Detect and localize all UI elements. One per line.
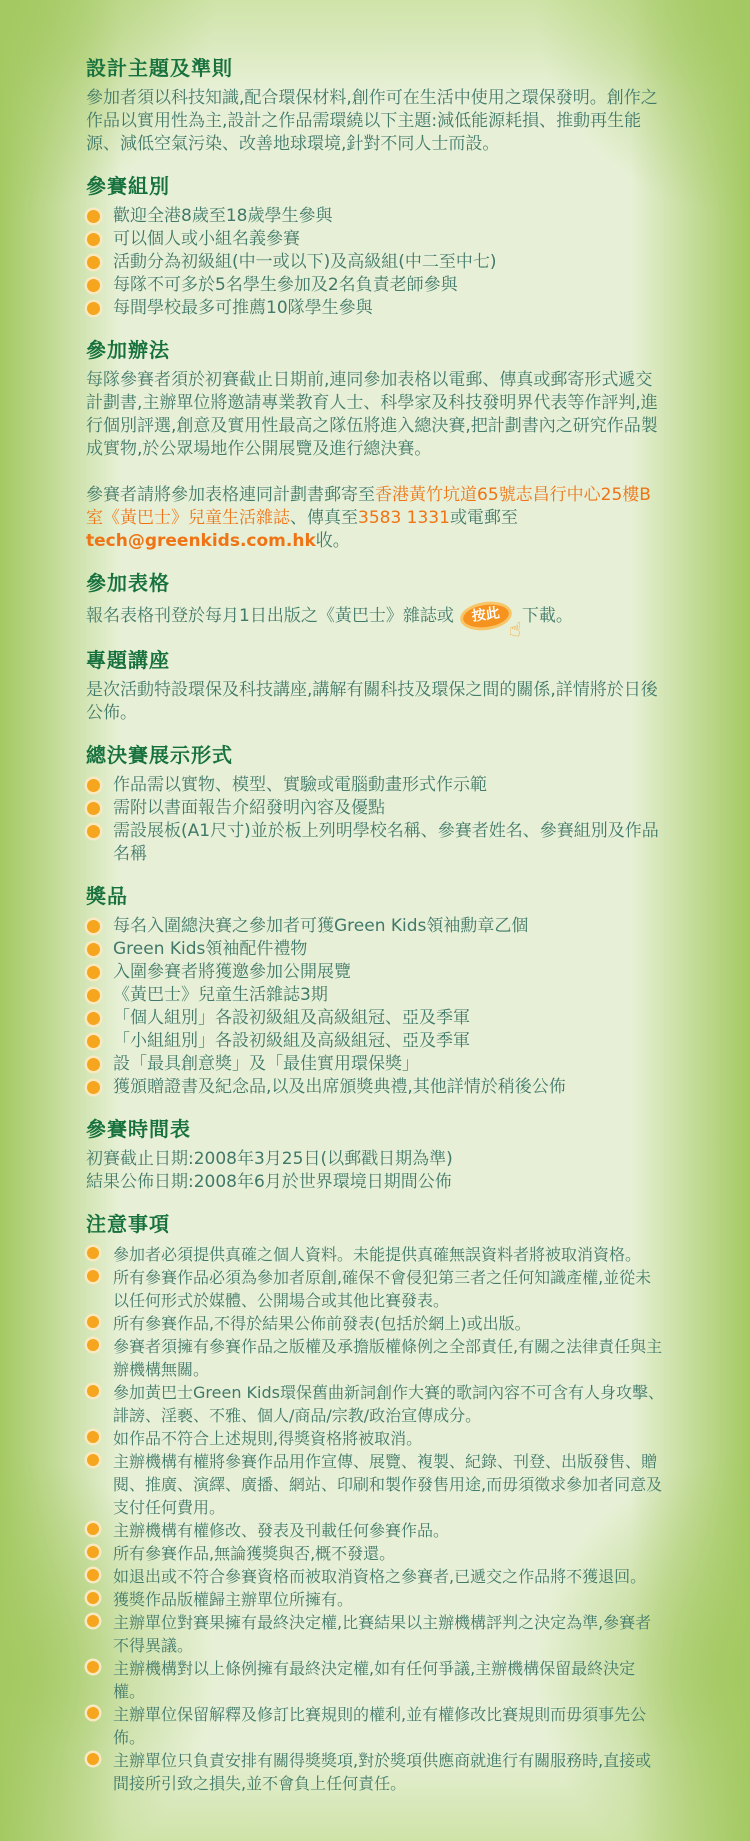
bullet-dot-icon	[87, 233, 100, 246]
bullet-text: 如作品不符合上述規則,得獎資格將被取消。	[113, 1429, 422, 1448]
bullet-text: 主辦單位只負責安排有關得獎獎項,對於獎項供應商就進行有關服務時,直接或間接所引致…	[113, 1751, 651, 1793]
list-item: 主辦機構對以上條例擁有最終決定權,如有任何爭議,主辦機構保留最終決定權。	[86, 1657, 664, 1703]
bullet-text: 參賽者須擁有參賽作品之版權及承擔版權條例之全部責任,有關之法律責任與主辦機構無關…	[113, 1337, 662, 1379]
seminar-body: 是次活動特設環保及科技講座,講解有關科技及環保之間的關係,詳情將於日後公佈。	[86, 679, 664, 725]
bullet-dot-icon	[87, 1081, 100, 1094]
bullet-dot-icon	[87, 1270, 99, 1282]
bullet-dot-icon	[87, 1316, 99, 1328]
bullet-dot-icon	[87, 256, 100, 269]
section-seminar: 專題講座 是次活動特設環保及科技講座,講解有關科技及環保之間的關係,詳情將於日後…	[86, 648, 664, 725]
bullet-text: 可以個人或小組名義參賽	[113, 229, 300, 249]
list-item: 如作品不符合上述規則,得獎資格將被取消。	[86, 1427, 664, 1450]
list-item: 活動分為初級組(中一或以下)及高級組(中二至中七)	[86, 251, 664, 274]
section-prizes: 獎品 每名入圍總決賽之參加者可獲Green Kids領袖勳章乙個 Green K…	[86, 884, 664, 1099]
bullet-text: 參加者必須提供真確之個人資料。未能提供真確無誤資料者將被取消資格。	[113, 1245, 641, 1264]
click-here-label: 按此	[471, 605, 501, 625]
bullet-dot-icon	[87, 1035, 100, 1048]
timetable-heading: 參賽時間表	[86, 1117, 664, 1141]
email-link[interactable]: tech@greenkids.com.hk	[86, 531, 316, 551]
how-to-join-body: 每隊參賽者須於初賽截止日期前,連同參加表格以電郵、傳真或郵寄形式遞交計劃書,主辦…	[86, 369, 664, 461]
section-design-theme: 設計主題及準則 參加者須以科技知識,配合環保材料,創作可在生活中使用之環保發明。…	[86, 56, 664, 156]
seminar-heading: 專題講座	[86, 648, 664, 672]
section-notes: 注意事項 參加者必須提供真確之個人資料。未能提供真確無誤資料者將被取消資格。 所…	[86, 1212, 664, 1795]
bullet-text: 主辦機構有權將參賽作品用作宣傳、展覽、複製、紀錄、刊登、出版發售、贈閱、推廣、演…	[113, 1452, 662, 1517]
list-item: 設「最具創意獎」及「最佳實用環保獎」	[86, 1053, 664, 1076]
address-outro: 收。	[316, 531, 350, 551]
prizes-heading: 獎品	[86, 884, 664, 908]
notes-heading: 注意事項	[86, 1212, 664, 1236]
bullet-text: 獲獎作品版權歸主辦單位所擁有。	[113, 1590, 353, 1609]
paragraph-gap	[86, 461, 664, 484]
list-item: 需設展板(A1尺寸)並於板上列明學校名稱、參賽者姓名、參賽組別及作品名稱	[86, 820, 664, 866]
bullet-text: 歡迎全港8歲至18歲學生參與	[113, 206, 332, 226]
list-item: 所有參賽作品必須為參加者原創,確保不會侵犯第三者之任何知識產權,並從未以任何形式…	[86, 1266, 664, 1312]
bullet-text: 主辦單位保留解釋及修訂比賽規則的權利,並有權修改比賽規則而毋須事先公佈。	[113, 1705, 646, 1747]
categories-list: 歡迎全港8歲至18歲學生參與 可以個人或小組名義參賽 活動分為初級組(中一或以下…	[86, 205, 664, 320]
list-item: 《黃巴士》兒童生活雜誌3期	[86, 984, 664, 1007]
bullet-text: 「小組組別」各設初級組及高級組冠、亞及季軍	[113, 1031, 470, 1051]
section-final-format: 總決賽展示形式 作品需以實物、模型、實驗或電腦動畫形式作示範 需附以書面報告介紹…	[86, 743, 664, 866]
categories-heading: 參賽組別	[86, 174, 664, 198]
bullet-text: 入圍參賽者將獲邀參加公開展覽	[113, 962, 351, 982]
list-item: 參加者必須提供真確之個人資料。未能提供真確無誤資料者將被取消資格。	[86, 1243, 664, 1266]
bullet-dot-icon	[87, 943, 100, 956]
list-item: 作品需以實物、模型、實驗或電腦動畫形式作示範	[86, 774, 664, 797]
bullet-dot-icon	[87, 1385, 99, 1397]
list-item: 參賽者須擁有參賽作品之版權及承擔版權條例之全部責任,有關之法律責任與主辦機構無關…	[86, 1335, 664, 1381]
bullet-text: 「個人組別」各設初級組及高級組冠、亞及季軍	[113, 1008, 470, 1028]
list-item: 主辦單位只負責安排有關得獎獎項,對於獎項供應商就進行有關服務時,直接或間接所引致…	[86, 1749, 664, 1795]
list-item: 每名入圍總決賽之參加者可獲Green Kids領袖勳章乙個	[86, 915, 664, 938]
bullet-dot-icon	[87, 779, 100, 792]
bullet-dot-icon	[87, 989, 100, 1002]
download-click-here-button[interactable]: 按此 ☝	[458, 599, 513, 634]
bullet-text: 獲頒贈證書及紀念品,以及出席頒獎典禮,其他詳情於稍後公佈	[113, 1077, 566, 1097]
list-item: 主辦單位對賽果擁有最終決定權,比賽結果以主辦機構評判之決定為準,參賽者不得異議。	[86, 1611, 664, 1657]
pointer-hand-icon: ☝	[508, 619, 522, 640]
submission-address-paragraph: 參賽者請將參加表格連同計劃書郵寄至香港黃竹坑道65號志昌行中心25樓B室《黃巴士…	[86, 484, 664, 553]
bullet-text: 作品需以實物、模型、實驗或電腦動畫形式作示範	[113, 775, 487, 795]
bullet-dot-icon	[87, 1592, 99, 1604]
bullet-text: 需設展板(A1尺寸)並於板上列明學校名稱、參賽者姓名、參賽組別及作品名稱	[113, 821, 659, 864]
bullet-dot-icon	[87, 1523, 99, 1535]
bullet-text: 每隊不可多於5名學生參加及2名負責老師參與	[113, 275, 458, 295]
bullet-dot-icon	[87, 279, 100, 292]
list-item: 歡迎全港8歲至18歲學生參與	[86, 205, 664, 228]
bullet-dot-icon	[87, 210, 100, 223]
bullet-text: 《黃巴士》兒童生活雜誌3期	[113, 985, 328, 1005]
bullet-dot-icon	[87, 1247, 99, 1259]
bullet-dot-icon	[87, 1546, 99, 1558]
section-timetable: 參賽時間表 初賽截止日期:2008年3月25日(以郵戳日期為準) 結果公佈日期:…	[86, 1117, 664, 1194]
bullet-text: 所有參賽作品,無論獲獎與否,概不發還。	[113, 1544, 395, 1563]
bullet-dot-icon	[87, 1431, 99, 1443]
bullet-text: 每名入圍總決賽之參加者可獲Green Kids領袖勳章乙個	[113, 916, 528, 936]
bullet-text: 主辦機構對以上條例擁有最終決定權,如有任何爭議,主辦機構保留最終決定權。	[113, 1659, 635, 1701]
bullet-text: 設「最具創意獎」及「最佳實用環保獎」	[113, 1054, 419, 1074]
bullet-text: 主辦機構有權修改、發表及刊載任何參賽作品。	[113, 1521, 449, 1540]
bullet-text: 主辦單位對賽果擁有最終決定權,比賽結果以主辦機構評判之決定為準,參賽者不得異議。	[113, 1613, 651, 1655]
list-item: 獲頒贈證書及紀念品,以及出席頒獎典禮,其他詳情於稍後公佈	[86, 1076, 664, 1099]
bullet-text: 每間學校最多可推薦10隊學生參與	[113, 298, 373, 318]
bullet-text: 需附以書面報告介紹發明內容及優點	[113, 798, 385, 818]
list-item: 主辦機構有權將參賽作品用作宣傳、展覽、複製、紀錄、刊登、出版發售、贈閱、推廣、演…	[86, 1450, 664, 1519]
section-categories: 參賽組別 歡迎全港8歲至18歲學生參與 可以個人或小組名義參賽 活動分為初級組(…	[86, 174, 664, 320]
bullet-dot-icon	[87, 1661, 99, 1673]
fax-number: 3583 1331	[358, 508, 450, 528]
bullet-text: 所有參賽作品必須為參加者原創,確保不會侵犯第三者之任何知識產權,並從未以任何形式…	[113, 1268, 651, 1310]
fax-intro: 、傳真至	[290, 508, 358, 528]
timetable-deadline: 初賽截止日期:2008年3月25日(以郵戳日期為準)	[86, 1148, 664, 1171]
final-format-list: 作品需以實物、模型、實驗或電腦動畫形式作示範 需附以書面報告介紹發明內容及優點 …	[86, 774, 664, 866]
how-to-join-heading: 參加辦法	[86, 338, 664, 362]
bullet-dot-icon	[87, 1615, 99, 1627]
design-theme-heading: 設計主題及準則	[86, 56, 664, 80]
list-item: 參加黃巴士Green Kids環保舊曲新詞創作大賽的歌詞內容不可含有人身攻擊、誹…	[86, 1381, 664, 1427]
list-item: 每隊不可多於5名學生參加及2名負責老師參與	[86, 274, 664, 297]
bullet-dot-icon	[87, 920, 100, 933]
list-item: 如退出或不符合參賽資格而被取消資格之參賽者,已遞交之作品將不獲退回。	[86, 1565, 664, 1588]
entry-form-heading: 參加表格	[86, 571, 664, 595]
bullet-text: 如退出或不符合參賽資格而被取消資格之參賽者,已遞交之作品將不獲退回。	[113, 1567, 646, 1586]
bullet-dot-icon	[87, 302, 100, 315]
section-entry-form: 參加表格 報名表格刊登於每月1日出版之《黃巴士》雜誌或 按此 ☝ 下載。	[86, 571, 664, 630]
email-intro: 或電郵至	[450, 508, 518, 528]
list-item: 可以個人或小組名義參賽	[86, 228, 664, 251]
list-item: 主辦單位保留解釋及修訂比賽規則的權利,並有權修改比賽規則而毋須事先公佈。	[86, 1703, 664, 1749]
notes-list: 參加者必須提供真確之個人資料。未能提供真確無誤資料者將被取消資格。 所有參賽作品…	[86, 1243, 664, 1795]
bullet-text: 活動分為初級組(中一或以下)及高級組(中二至中七)	[113, 252, 497, 272]
list-item: 每間學校最多可推薦10隊學生參與	[86, 297, 664, 320]
bullet-text: Green Kids領袖配件禮物	[113, 939, 307, 959]
design-theme-body: 參加者須以科技知識,配合環保材料,創作可在生活中使用之環保發明。創作之作品以實用…	[86, 87, 664, 156]
bullet-dot-icon	[87, 1454, 99, 1466]
list-item: 主辦機構有權修改、發表及刊載任何參賽作品。	[86, 1519, 664, 1542]
list-item: 「個人組別」各設初級組及高級組冠、亞及季軍	[86, 1007, 664, 1030]
list-item: 所有參賽作品,無論獲獎與否,概不發還。	[86, 1542, 664, 1565]
list-item: 入圍參賽者將獲邀參加公開展覽	[86, 961, 664, 984]
bullet-text: 參加黃巴士Green Kids環保舊曲新詞創作大賽的歌詞內容不可含有人身攻擊、誹…	[113, 1383, 664, 1425]
list-item: Green Kids領袖配件禮物	[86, 938, 664, 961]
entry-form-text-before: 報名表格刊登於每月1日出版之《黃巴士》雜誌或	[86, 605, 454, 628]
prizes-list: 每名入圍總決賽之參加者可獲Green Kids領袖勳章乙個 Green Kids…	[86, 915, 664, 1099]
bullet-dot-icon	[87, 1058, 100, 1071]
bullet-dot-icon	[87, 1339, 99, 1351]
section-how-to-join: 參加辦法 每隊參賽者須於初賽截止日期前,連同參加表格以電郵、傳真或郵寄形式遞交計…	[86, 338, 664, 553]
content-column: 設計主題及準則 參加者須以科技知識,配合環保材料,創作可在生活中使用之環保發明。…	[86, 0, 664, 1841]
entry-form-text-after: 下載。	[522, 605, 573, 628]
bullet-dot-icon	[87, 802, 100, 815]
entry-form-line: 報名表格刊登於每月1日出版之《黃巴士》雜誌或 按此 ☝ 下載。	[86, 602, 664, 630]
bullet-dot-icon	[87, 1753, 99, 1765]
list-item: 所有參賽作品,不得於結果公佈前發表(包括於網上)或出版。	[86, 1312, 664, 1335]
bullet-dot-icon	[87, 1569, 99, 1581]
bullet-dot-icon	[87, 1012, 100, 1025]
bullet-dot-icon	[87, 1707, 99, 1719]
list-item: 獲獎作品版權歸主辦單位所擁有。	[86, 1588, 664, 1611]
list-item: 需附以書面報告介紹發明內容及優點	[86, 797, 664, 820]
list-item: 「小組組別」各設初級組及高級組冠、亞及季軍	[86, 1030, 664, 1053]
address-intro: 參賽者請將參加表格連同計劃書郵寄至	[86, 485, 375, 505]
timetable-results: 結果公佈日期:2008年6月於世界環境日期間公佈	[86, 1171, 664, 1194]
bullet-dot-icon	[87, 966, 100, 979]
bullet-text: 所有參賽作品,不得於結果公佈前發表(包括於網上)或出版。	[113, 1314, 531, 1333]
bullet-dot-icon	[87, 825, 100, 838]
final-format-heading: 總決賽展示形式	[86, 743, 664, 767]
